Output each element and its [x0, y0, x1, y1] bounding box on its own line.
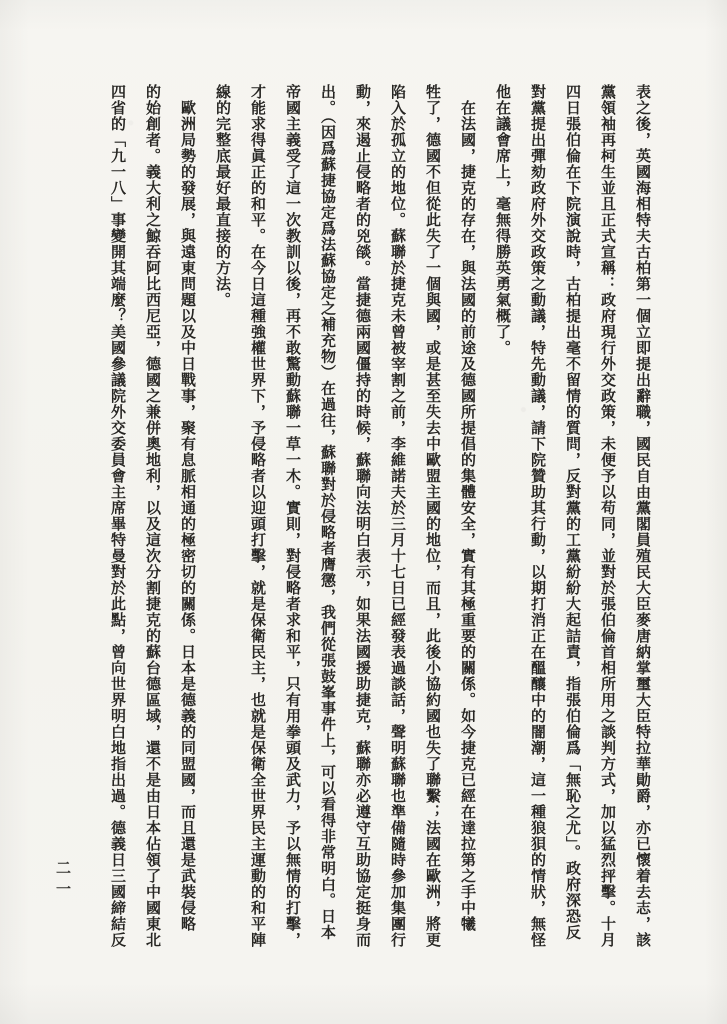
- text-column: 線的完整底最好最直接的方法。: [204, 84, 239, 952]
- text-column: 牲了，德國不但從此失了一個與國，或是甚至失去中歐盟主國的地位，而且，此後小協約國…: [414, 84, 449, 952]
- text-column: 動，來遏止侵略者的兇燄。當捷德兩國僵持的時候，蘇聯向法明白表示，如果法國援助捷克…: [344, 84, 379, 952]
- text-column: 陷入於孤立的地位。蘇聯於捷克未曾被宰割之前，李維諾夫於三月十七日已經發表過談話，…: [379, 84, 414, 952]
- text-column: 才能求得眞正的和平。在今日這種強權世界下，予侵略者以迎頭打擊，就是保衛民主，也就…: [239, 84, 274, 952]
- text-column: 在法國，捷克的存在，與法國的前途及德國所提倡的集體安全，實有其極重要的關係。如今…: [449, 84, 484, 952]
- scanned-document-page: 表之後，英國海相特夫古柏第一個立即提出辭職，國民自由黨閣員殖民大臣麥唐納掌璽大臣…: [0, 0, 727, 1024]
- text-column: 的始創者。義大利之鯨吞阿比西尼亞，德國之兼併奧地利，以及這次分割捷克的蘇台德區域…: [134, 84, 169, 952]
- text-column: 黨領袖再柯生並且正式宣稱：政府現行外交政策，未便予以苟同，並對於張伯倫首相所用之…: [589, 84, 624, 952]
- text-column: 帝國主義受了這一次教訓以後，再不敢驚動蘇聯一草一木。實則，對侵略者求和平，只有用…: [274, 84, 309, 952]
- text-column: 表之後，英國海相特夫古柏第一個立即提出辭職，國民自由黨閣員殖民大臣麥唐納掌璽大臣…: [624, 84, 659, 952]
- text-column: 四日張伯倫在下院演說時，古柏提出毫不留情的質問，反對黨的工黨紛紛大起詰責，指張伯…: [554, 84, 589, 952]
- page-number: 二一: [52, 860, 73, 902]
- text-column: 他在議會席上，毫無得勝英勇氣概了。: [484, 84, 519, 952]
- text-column: 出。（因爲蘇捷協定爲法蘇協定之補充物）在過往，蘇聯對於侵略者膺懲，我們從張鼓峯事…: [309, 84, 344, 952]
- vertical-text-block: 表之後，英國海相特夫古柏第一個立即提出辭職，國民自由黨閣員殖民大臣麥唐納掌璽大臣…: [99, 84, 659, 952]
- text-column: 四省的「九一八」事變開其端麼？美國參議院外交委員會主席畢特曼對於此點，曾向世界明…: [99, 84, 134, 952]
- text-column: 對黨提出彈劾政府外交政策之動議，特先動議，請下院贊助其行動，以期打消正在醞釀中的…: [519, 84, 554, 952]
- text-column: 歐洲局勢的發展，與遠東問題以及中日戰事，聚有息脈相通的極密切的關係。日本是德義的…: [169, 84, 204, 952]
